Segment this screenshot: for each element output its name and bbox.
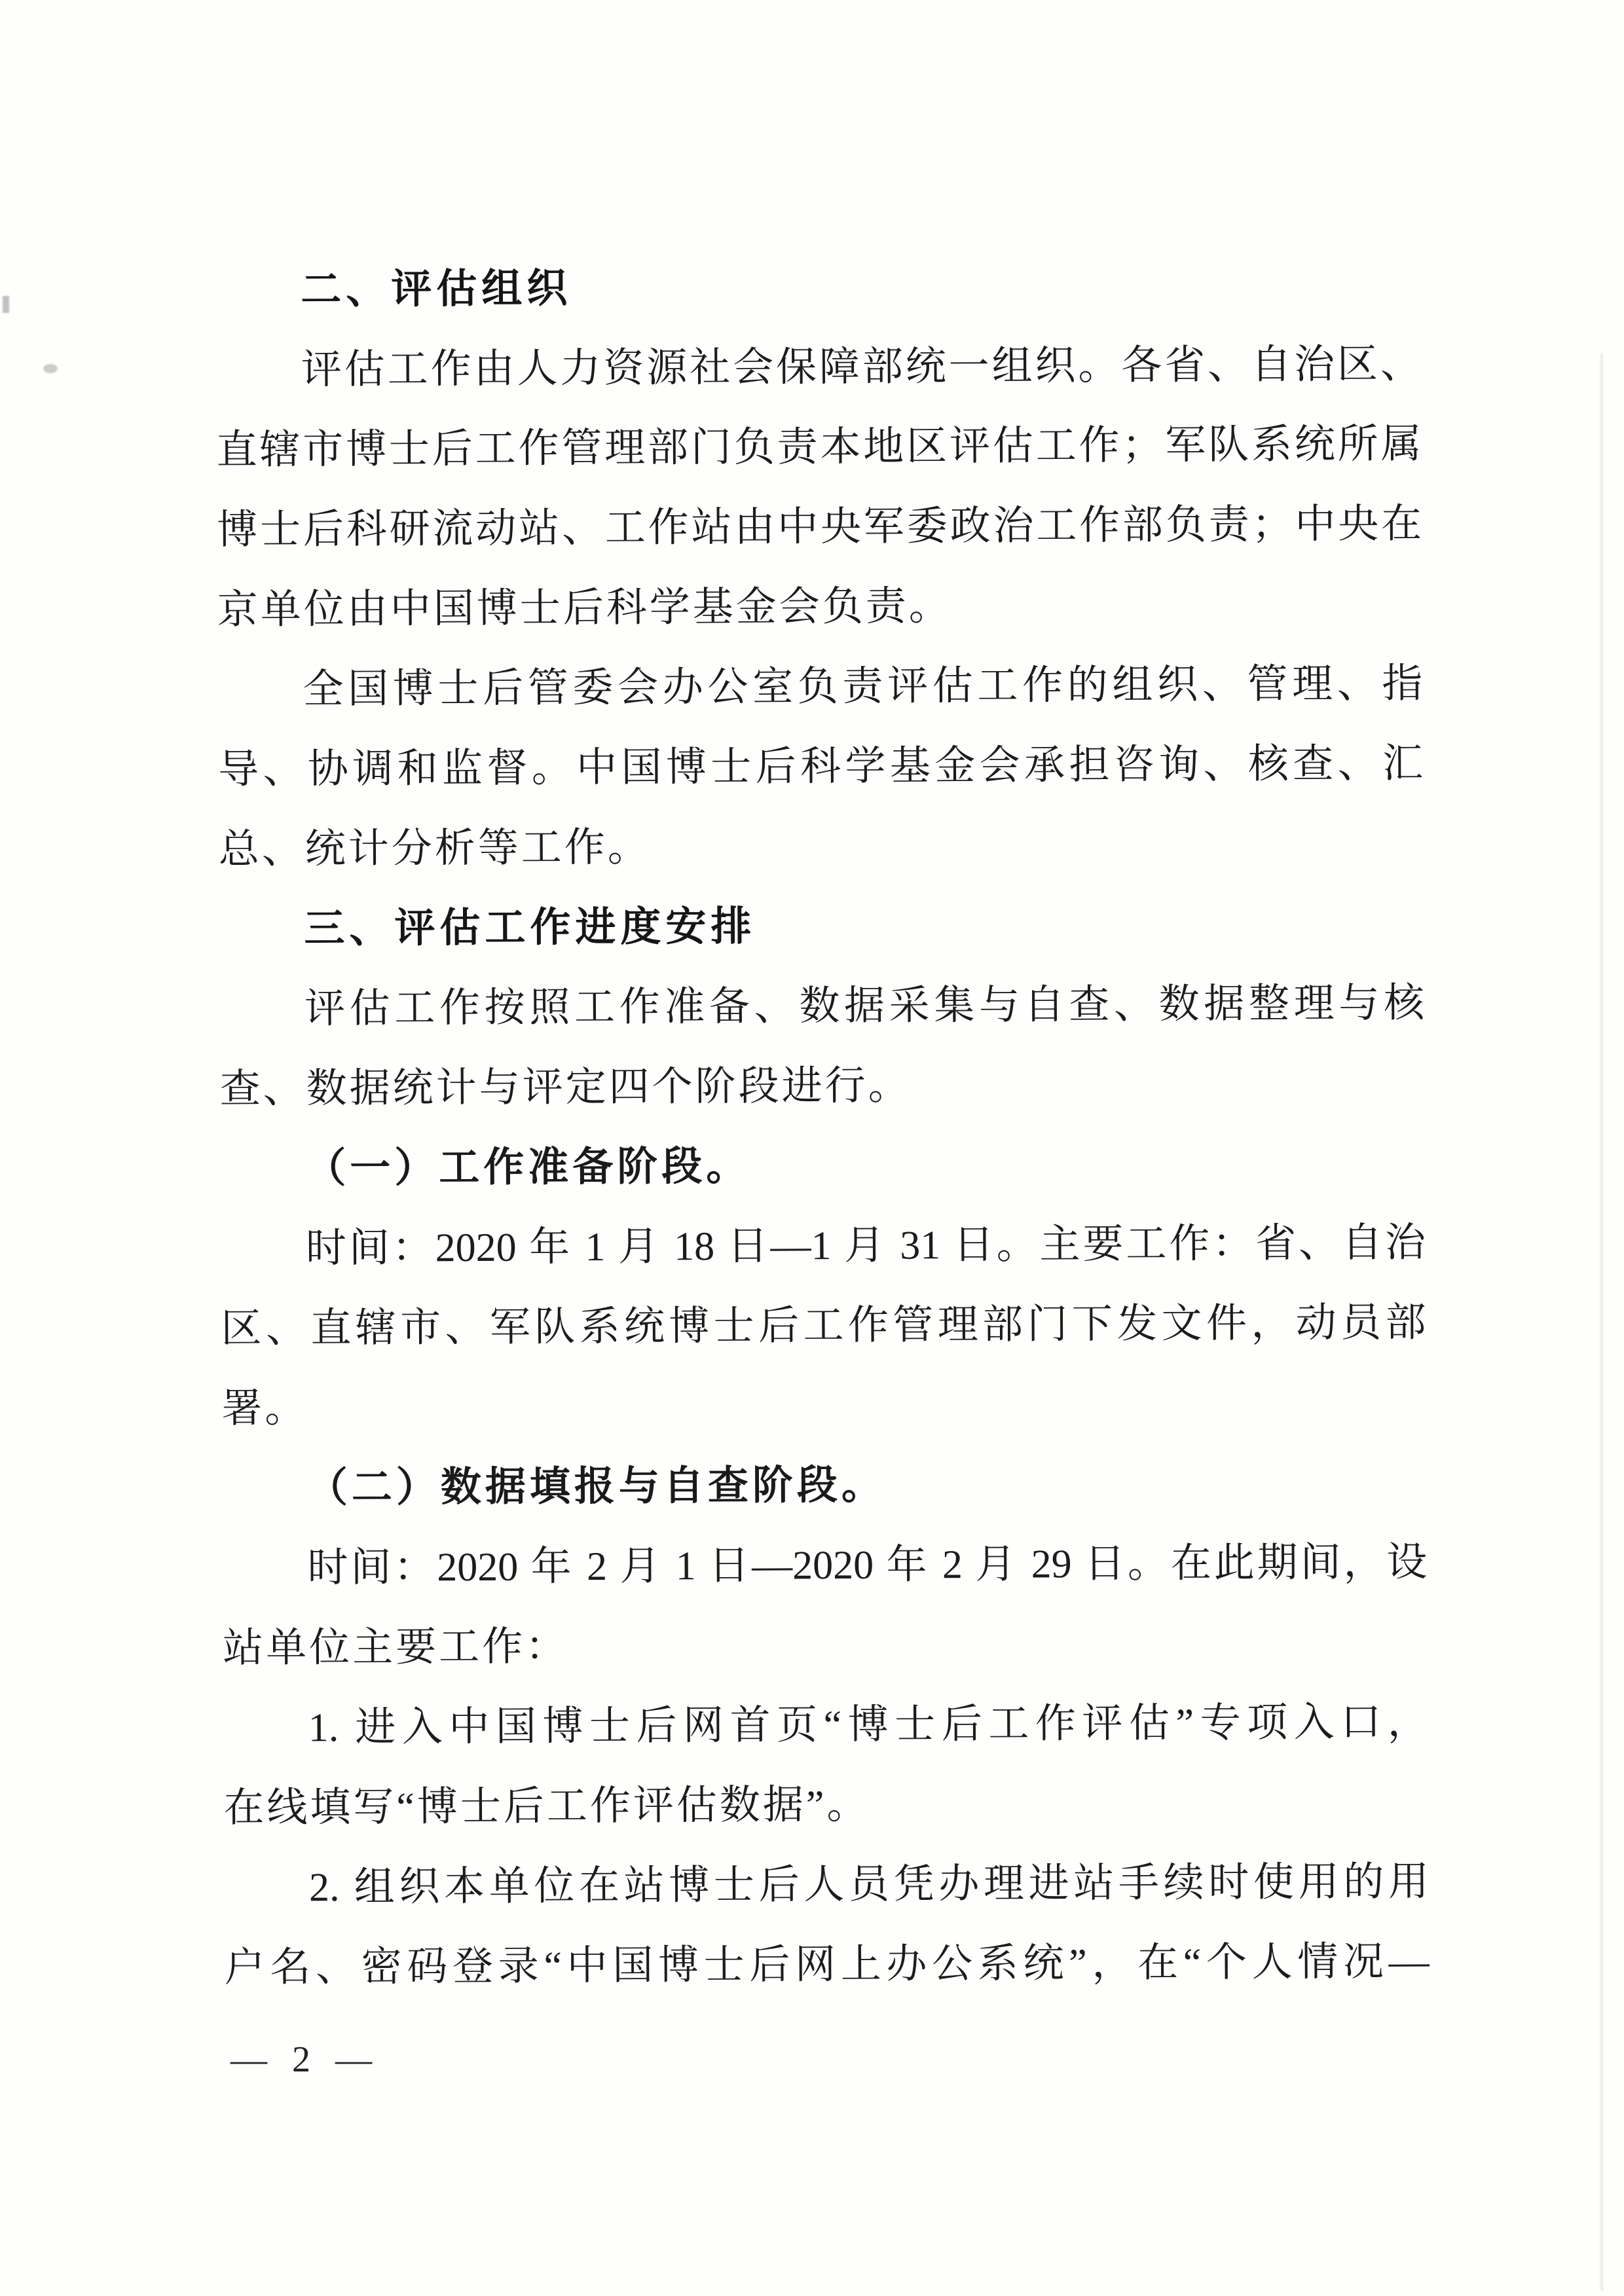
para-line: 区、直辖市、军队系统博士后工作管理部门下发文件，动员部 <box>221 1283 1426 1369</box>
heading-section-three: 三、评估工作进度安排 <box>219 883 1424 970</box>
page-number: — 2 — <box>231 2020 380 2099</box>
para-line: 署。 <box>221 1362 1427 1449</box>
para-line: 评估工作由人力资源社会保障部统一组织。各省、自治区、 <box>216 324 1422 410</box>
para-line: 总、统计分析等工作。 <box>218 803 1424 890</box>
scanned-document-page: 二、评估组织 评估工作由人力资源社会保障部统一组织。各省、自治区、 直辖市博士后… <box>0 0 1624 2296</box>
heading-section-two: 二、评估组织 <box>215 244 1421 331</box>
subheading-stage-two: （二）数据填报与自查阶段。 <box>222 1442 1428 1529</box>
para-line: 评估工作按照工作准备、数据采集与自查、数据整理与核 <box>219 963 1425 1049</box>
para-line: 站单位主要工作： <box>223 1602 1428 1688</box>
para-line: 直辖市博士后工作管理部门负责本地区评估工作；军队系统所属 <box>216 404 1422 490</box>
para-line: 博士后科研流动站、工作站由中央军委政治工作部负责；中央在 <box>217 484 1422 570</box>
scan-speck <box>3 296 9 313</box>
scan-speck <box>43 364 58 373</box>
para-line: 京单位由中国博士后科学基金会负责。 <box>217 564 1423 650</box>
para-line: 查、数据统计与评定四个阶段进行。 <box>219 1043 1425 1129</box>
scan-streak <box>1600 354 1603 2291</box>
numbered-item-line: 在线填写“博士后工作评估数据”。 <box>223 1762 1429 1848</box>
para-line: 时间：2020 年 1 月 18 日—1 月 31 日。主要工作：省、自治 <box>221 1203 1426 1289</box>
subheading-stage-one: （一）工作准备阶段。 <box>220 1123 1426 1209</box>
document-text-block: 二、评估组织 评估工作由人力资源社会保障部统一组织。各省、自治区、 直辖市博士后… <box>215 244 1430 2008</box>
numbered-item-line: 1. 进入中国博士后网首页“博士后工作评估”专项入口， <box>223 1682 1428 1768</box>
numbered-item-line: 户名、密码登录“中国博士后网上办公系统”，在“个人情况— <box>224 1922 1430 2008</box>
numbered-item-line: 2. 组织本单位在站博士后人员凭办理进站手续时使用的用 <box>224 1842 1430 1928</box>
para-line: 导、协调和监督。中国博士后科学基金会承担咨询、核查、汇 <box>218 723 1424 810</box>
para-line: 时间：2020 年 2 月 1 日—2020 年 2 月 29 日。在此期间，设 <box>222 1522 1428 1609</box>
para-line: 全国博士后管委会办公室负责评估工作的组织、管理、指 <box>217 644 1423 730</box>
